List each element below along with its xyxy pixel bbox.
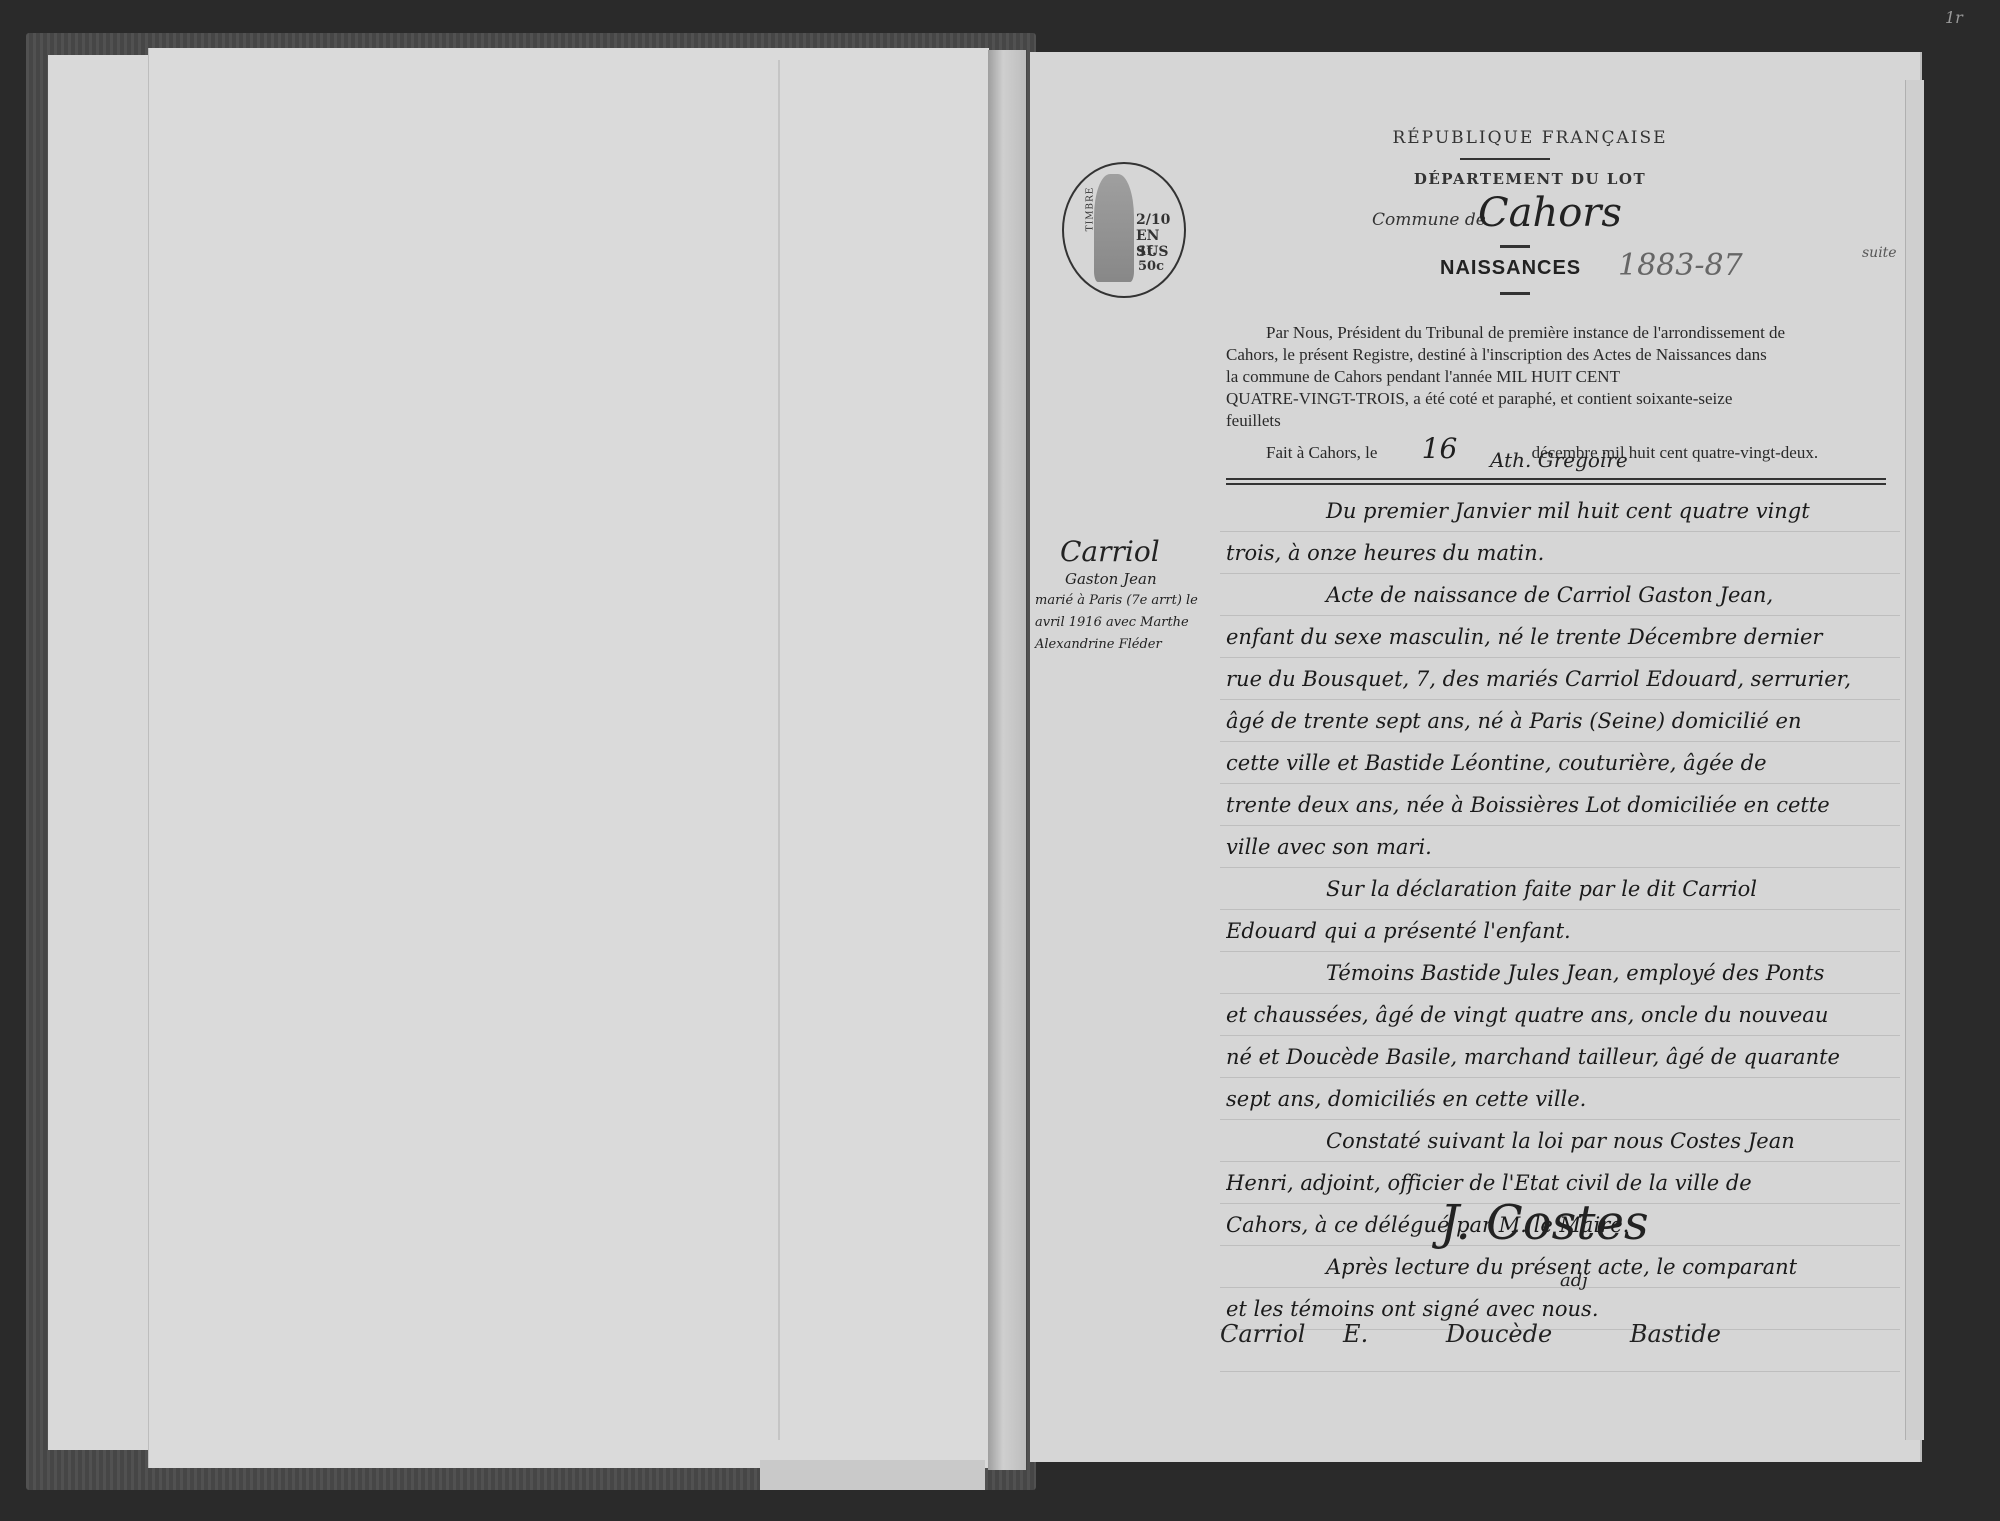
act-line: sept ans, domiciliés en cette ville. bbox=[1226, 1078, 1906, 1120]
preamble-line: feuillets bbox=[1226, 410, 1966, 432]
signature-father: Carriol E. bbox=[1220, 1320, 1368, 1348]
register-years-note: suite bbox=[1862, 245, 1897, 261]
document-viewer: 1r RÉPUBLIQUE FRANÇAISE DÉPARTEMENT DU L… bbox=[0, 0, 2000, 1521]
act-line: et chaussées, âgé de vingt quatre ans, o… bbox=[1226, 994, 1906, 1036]
preamble-line: QUATRE-VINGT-TROIS, a été coté et paraph… bbox=[1226, 388, 1966, 410]
act-line: cette ville et Bastide Léontine, couturi… bbox=[1226, 742, 1906, 784]
margin-line: marié à Paris (7e arrt) le bbox=[1035, 590, 1200, 612]
act-line: Acte de naissance de Carriol Gaston Jean… bbox=[1226, 574, 1906, 616]
act-line: Du premier Janvier mil huit cent quatre … bbox=[1226, 490, 1906, 532]
act-line: né et Doucède Basile, marchand tailleur,… bbox=[1226, 1036, 1906, 1078]
page-edge bbox=[1905, 80, 1924, 1440]
header-department: DÉPARTEMENT DU LOT bbox=[1300, 170, 1760, 188]
margin-given-names: Gaston Jean bbox=[1035, 568, 1200, 590]
margin-line: avril 1916 avec Marthe bbox=[1035, 612, 1200, 634]
preamble: Par Nous, Président du Tribunal de premi… bbox=[1226, 322, 1966, 464]
act-line: trois, à onze heures du matin. bbox=[1226, 532, 1906, 574]
preamble-line: Cahors, le présent Registre, destiné à l… bbox=[1226, 344, 1966, 366]
official-title: adj bbox=[1560, 1270, 1588, 1291]
commune-label: Commune de bbox=[1372, 210, 1486, 230]
act-line: rue du Bousquet, 7, des mariés Carriol E… bbox=[1226, 658, 1906, 700]
left-page-fold-line bbox=[778, 60, 780, 1440]
act-line: Témoins Bastide Jules Jean, employé des … bbox=[1226, 952, 1906, 994]
book-gutter bbox=[988, 50, 1026, 1470]
margin-line: Alexandrine Fléder bbox=[1035, 634, 1200, 656]
folio-number: 1r bbox=[1945, 8, 1963, 27]
stamp-value-bottom: 1f. 50c bbox=[1138, 244, 1184, 274]
attestation-signature: Ath. Gregoire bbox=[1490, 448, 1628, 472]
register-title: NAISSANCES bbox=[1440, 257, 1581, 280]
act-line: Edouard qui a présenté l'enfant. bbox=[1226, 910, 1906, 952]
margin-annotation: Carriol Gaston Jean marié à Paris (7e ar… bbox=[1035, 535, 1200, 656]
act-line: trente deux ans, née à Boissières Lot do… bbox=[1226, 784, 1906, 826]
act-line: ville avec son mari. bbox=[1226, 826, 1906, 868]
signature-witness: Doucède bbox=[1446, 1320, 1552, 1348]
preamble-line: Par Nous, Président du Tribunal de premi… bbox=[1226, 322, 1966, 344]
header-republic: RÉPUBLIQUE FRANÇAISE bbox=[1300, 128, 1760, 148]
page-edge-strip bbox=[760, 1460, 985, 1490]
margin-surname: Carriol bbox=[1035, 535, 1200, 568]
act-line: âgé de trente sept ans, né à Paris (Sein… bbox=[1226, 700, 1906, 742]
header-rule bbox=[1500, 245, 1530, 248]
header-rule bbox=[1500, 292, 1530, 295]
party-signatures: Carriol E. Doucède Bastide bbox=[1220, 1320, 1761, 1348]
tax-stamp-icon: TIMBRE 2/10 EN SUS 1f. 50c bbox=[1062, 162, 1186, 298]
register-years-pencil: 1883-87 bbox=[1618, 248, 1743, 283]
official-signature: J. Costes bbox=[1440, 1195, 1649, 1251]
double-rule bbox=[1226, 478, 1886, 485]
stamp-label: TIMBRE bbox=[1085, 187, 1095, 232]
preamble-line: la commune de Cahors pendant l'année MIL… bbox=[1226, 366, 1966, 388]
header-rule bbox=[1460, 158, 1550, 160]
act-line: Constaté suivant la loi par nous Costes … bbox=[1226, 1120, 1906, 1162]
act-line: enfant du sexe masculin, né le trente Dé… bbox=[1226, 616, 1906, 658]
signature-witness: Bastide bbox=[1630, 1320, 1721, 1348]
left-blank-page bbox=[148, 48, 989, 1468]
act-line: Sur la déclaration faite par le dit Carr… bbox=[1226, 868, 1906, 910]
done-at-label: Fait à Cahors, le bbox=[1266, 443, 1377, 462]
justice-figure-icon bbox=[1094, 174, 1134, 282]
commune-value-handwritten: Cahors bbox=[1478, 190, 1622, 236]
